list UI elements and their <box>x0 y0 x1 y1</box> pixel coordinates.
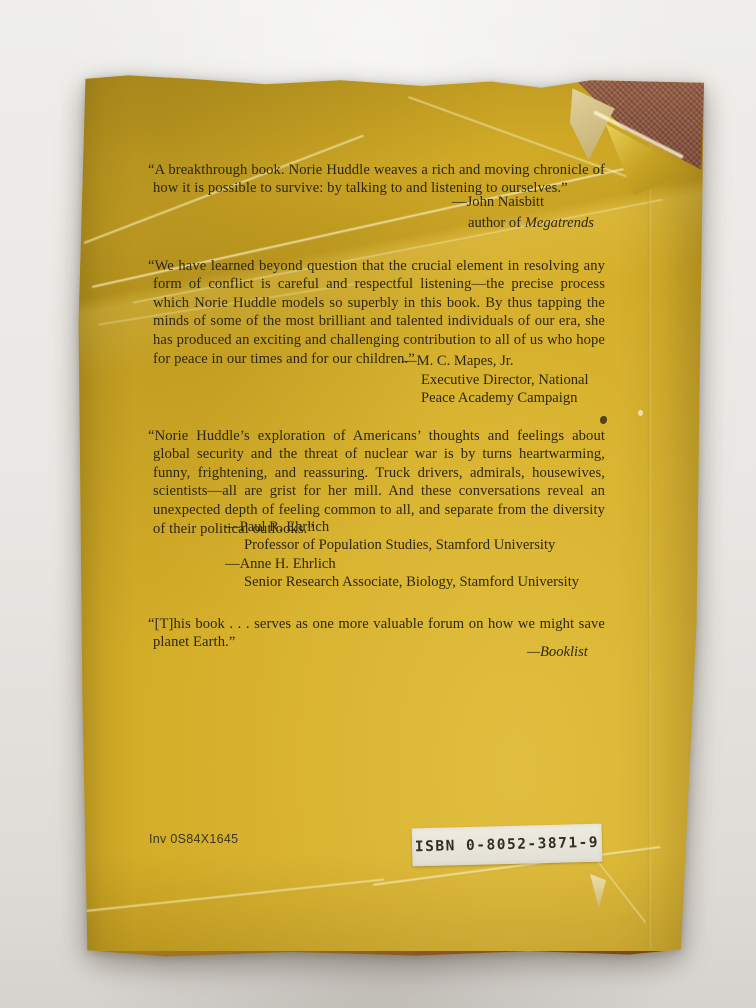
isbn-sticker: ISBN 0-8052-3871-9 <box>412 824 603 867</box>
attribution-booklist: —Booklist <box>527 644 588 661</box>
attribution-mapes: —M. C. Mapes, Jr. Executive Director, Na… <box>402 352 589 408</box>
publication-booklist: Booklist <box>540 644 588 660</box>
attribution-role: Professor of Population Studies, Stamfor… <box>244 536 579 554</box>
bottom-board-edge <box>97 951 685 960</box>
dust-jacket: “A breakthrough book. Norie Huddle weave… <box>78 74 704 960</box>
isbn-label: ISBN 0-8052-3871-9 <box>415 835 599 855</box>
photo-background: “A breakthrough book. Norie Huddle weave… <box>0 0 756 1008</box>
attribution-ehrlich: —Paul R. Ehrlich Professor of Population… <box>225 518 579 592</box>
quote-naisbitt: “A breakthrough book. Norie Huddle weave… <box>153 161 605 198</box>
light-speck <box>638 410 643 416</box>
dark-speck <box>600 416 607 424</box>
inventory-code: Inv 0S84X1645 <box>149 832 238 846</box>
attribution-name: —Anne H. Ehrlich <box>225 555 579 573</box>
crease-line <box>86 879 385 913</box>
attribution-naisbitt-role: author of Megatrends <box>468 215 594 232</box>
attribution-naisbitt: —John Naisbitt <box>452 194 544 211</box>
attribution-dash: — <box>527 644 540 660</box>
role-prefix: author of <box>468 215 525 231</box>
attribution-role: Senior Research Associate, Biology, Stam… <box>244 573 579 591</box>
attribution-role: Executive Director, National <box>421 371 589 390</box>
bottom-right-tear <box>590 874 606 908</box>
attribution-name: —Paul R. Ehrlich <box>225 518 579 536</box>
attribution-name: —M. C. Mapes, Jr. <box>402 352 589 371</box>
attribution-role: Peace Academy Campaign <box>421 389 589 408</box>
book-title-megatrends: Megatrends <box>525 215 594 231</box>
jacket-fold-line <box>648 80 651 948</box>
book-back-cover: “A breakthrough book. Norie Huddle weave… <box>78 74 704 960</box>
